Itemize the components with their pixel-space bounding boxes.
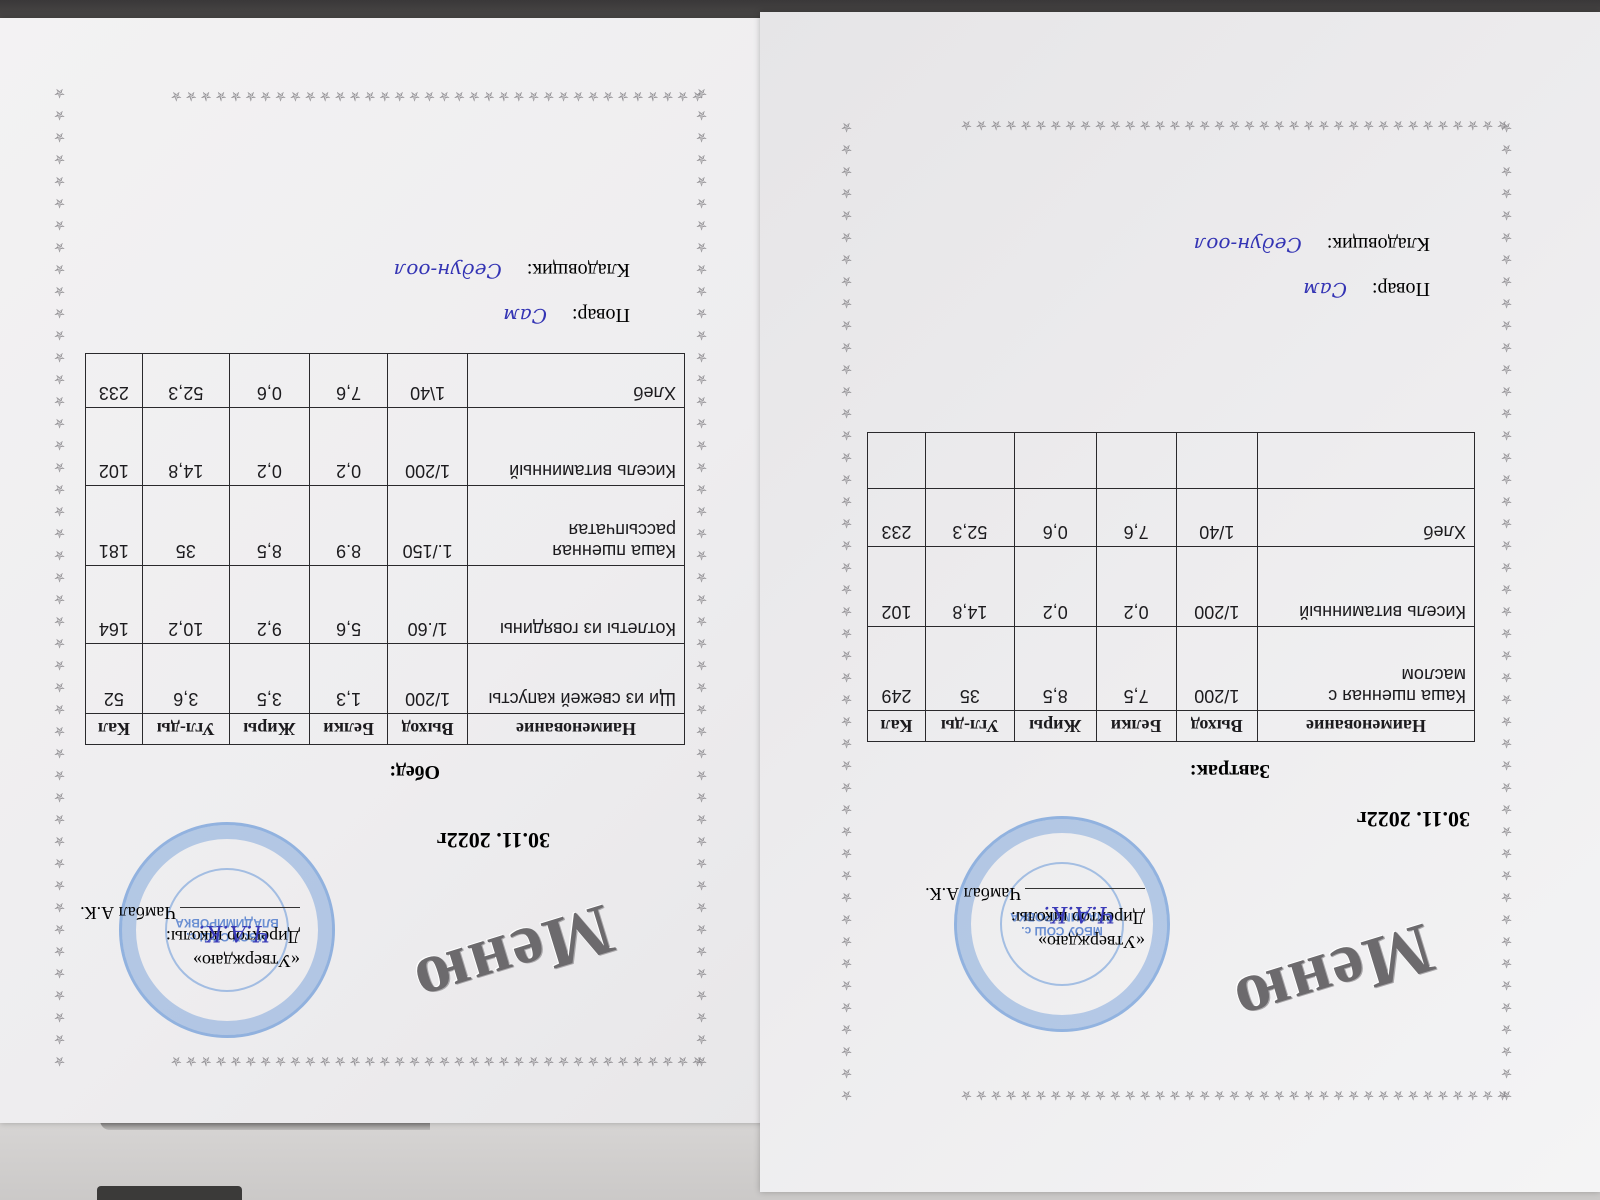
storekeeper-row: Кладовщик: Седун-оол: [394, 248, 630, 293]
col-fat: Жиры: [229, 714, 309, 745]
cook-label: Повар:: [1372, 278, 1430, 300]
approval-name: Чамбал А.К.: [80, 903, 176, 923]
storekeeper-signature: Седун-оол: [1194, 233, 1302, 257]
dish-fat: [1014, 433, 1096, 489]
col-fat: Жиры: [1014, 711, 1096, 742]
star-border-right: ✯✯✯✯✯✯✯✯✯✯✯✯✯✯✯✯✯✯✯✯✯✯✯✯✯✯✯✯✯✯✯✯✯✯✯✯✯✯✯✯…: [52, 88, 65, 1068]
dish-yield: 1/200: [1176, 627, 1257, 711]
dish-name: Кисель витаминный: [468, 408, 685, 486]
dish-kcal: [868, 433, 926, 489]
dish-carbs: 10,2: [142, 566, 229, 644]
star-border-left: ✯✯✯✯✯✯✯✯✯✯✯✯✯✯✯✯✯✯✯✯✯✯✯✯✯✯✯✯✯✯✯✯✯✯✯✯✯✯✯✯…: [1499, 117, 1512, 1102]
approval-name: Чамбал А.К.: [925, 884, 1021, 904]
table-header-row: Наименование Выход Белки Жиры Угл-ды Кал: [868, 711, 1475, 742]
dish-protein: 0,2: [1096, 547, 1176, 627]
table-row: Котлеты из говядины 1/.60 5,6 9,2 10,2 1…: [86, 566, 685, 644]
dish-yield: 1\40: [388, 354, 468, 408]
menu-sheet-lunch: ✯✯✯✯✯✯✯✯✯✯✯✯✯✯✯✯✯✯✯✯✯✯✯✯✯✯✯✯✯✯✯✯✯✯✯✯ ✯✯✯…: [0, 18, 765, 1123]
dish-yield: 1/200: [388, 644, 468, 714]
approval-heading: «Утверждаю»: [80, 949, 300, 973]
dish-kcal: 102: [868, 547, 926, 627]
director-signature: Ч.А.К.: [1043, 901, 1115, 926]
table-row: Каша пшенная с маслом 1/200 7,5 8,5 35 2…: [868, 627, 1475, 711]
cook-row: Повар: Сам: [1194, 267, 1430, 312]
dish-fat: 0,6: [229, 354, 309, 408]
dish-protein: 8.9: [309, 486, 387, 566]
dish-kcal: 249: [868, 627, 926, 711]
star-border-top: ✯✯✯✯✯✯✯✯✯✯✯✯✯✯✯✯✯✯✯✯✯✯✯✯✯✯✯✯✯✯✯✯✯✯✯✯: [53, 1055, 703, 1068]
menu-date: 30.11. 2022г: [1357, 806, 1470, 832]
dish-yield: 1/.60: [388, 566, 468, 644]
meal-label: Завтрак:: [1190, 759, 1270, 782]
storekeeper-row: Кладовщик: Седун-оол: [1194, 222, 1430, 267]
table-row: Кисель витаминный 1/200 0,2 0,2 14,8 102: [86, 408, 685, 486]
dish-fat: 0,2: [1014, 547, 1096, 627]
table-row: Хлеб 1/40 7,6 0,6 52,3 233: [868, 489, 1475, 547]
dish-fat: 8,5: [229, 486, 309, 566]
storekeeper-signature: Седун-оол: [394, 259, 502, 283]
dish-name: Котлеты из говядины: [468, 566, 685, 644]
dish-protein: 7,6: [1096, 489, 1176, 547]
cook-signature: Сам: [503, 304, 547, 328]
dish-kcal: 102: [86, 408, 143, 486]
director-signature: Ч.А.К.: [198, 920, 270, 945]
signatures-block: Повар: Сам Кладовщик: Седун-оол: [1194, 222, 1430, 312]
device-slot: [97, 1186, 242, 1200]
dish-protein: 0,2: [309, 408, 387, 486]
dish-carbs: 3,6: [142, 644, 229, 714]
table-row: [868, 433, 1475, 489]
dish-carbs: 35: [142, 486, 229, 566]
nutrition-table: Наименование Выход Белки Жиры Угл-ды Кал…: [867, 432, 1475, 742]
dish-name: Щи из свежей капусты: [468, 644, 685, 714]
dish-name: Кисель витаминный: [1258, 547, 1475, 627]
star-border-right: ✯✯✯✯✯✯✯✯✯✯✯✯✯✯✯✯✯✯✯✯✯✯✯✯✯✯✯✯✯✯✯✯✯✯✯✯✯✯✯✯…: [839, 117, 852, 1102]
star-border-left: ✯✯✯✯✯✯✯✯✯✯✯✯✯✯✯✯✯✯✯✯✯✯✯✯✯✯✯✯✯✯✯✯✯✯✯✯✯✯✯✯…: [694, 88, 707, 1068]
dish-protein: 5,6: [309, 566, 387, 644]
dish-name: Хлеб: [468, 354, 685, 408]
dish-carbs: 14,8: [925, 547, 1014, 627]
dish-kcal: 181: [86, 486, 143, 566]
signatures-block: Повар: Сам Кладовщик: Седун-оол: [394, 248, 630, 338]
star-border-bottom: ✯✯✯✯✯✯✯✯✯✯✯✯✯✯✯✯✯✯✯✯✯✯✯✯✯✯✯✯✯✯✯✯✯✯✯✯: [53, 90, 703, 103]
cook-row: Повар: Сам: [394, 293, 630, 338]
dish-kcal: 52: [86, 644, 143, 714]
star-border-top: ✯✯✯✯✯✯✯✯✯✯✯✯✯✯✯✯✯✯✯✯✯✯✯✯✯✯✯✯✯✯✯✯✯✯✯✯✯: [838, 1089, 1508, 1102]
col-name: Наименование: [1258, 711, 1475, 742]
col-kcal: Кал: [86, 714, 143, 745]
storekeeper-label: Кладовщик:: [527, 259, 630, 281]
dish-fat: 3,5: [229, 644, 309, 714]
dish-yield: 1/200: [1176, 547, 1257, 627]
dish-name: [1258, 433, 1475, 489]
storekeeper-label: Кладовщик:: [1327, 233, 1430, 255]
dish-carbs: 14,8: [142, 408, 229, 486]
col-carbs: Угл-ды: [925, 711, 1014, 742]
dish-yield: [1176, 433, 1257, 489]
table-row: Щи из свежей капусты 1/200 1,3 3,5 3,6 5…: [86, 644, 685, 714]
dish-protein: 1,3: [309, 644, 387, 714]
dish-carbs: 52,3: [925, 489, 1014, 547]
dish-fat: 0,6: [1014, 489, 1096, 547]
cook-label: Повар:: [572, 304, 630, 326]
dish-protein: 7,5: [1096, 627, 1176, 711]
meal-label: Обед:: [389, 760, 440, 783]
dish-protein: [1096, 433, 1176, 489]
dish-carbs: [925, 433, 1014, 489]
dish-protein: 7,6: [309, 354, 387, 408]
dish-fat: 8,5: [1014, 627, 1096, 711]
table-header-row: Наименование Выход Белки Жиры Угл-ды Кал: [86, 714, 685, 745]
table-row: Хлеб 1\40 7,6 0,6 52,3 233: [86, 354, 685, 408]
col-protein: Белки: [1096, 711, 1176, 742]
table-row: Кисель витаминный 1/200 0,2 0,2 14,8 102: [868, 547, 1475, 627]
star-border-bottom: ✯✯✯✯✯✯✯✯✯✯✯✯✯✯✯✯✯✯✯✯✯✯✯✯✯✯✯✯✯✯✯✯✯✯✯✯✯: [838, 119, 1508, 132]
dish-yield: 1/200: [388, 408, 468, 486]
dish-name: Каша пшенная рассыпчатая: [468, 486, 685, 566]
dish-name: Хлеб: [1258, 489, 1475, 547]
menu-date: 30.11. 2022г: [437, 827, 550, 853]
dish-carbs: 35: [925, 627, 1014, 711]
col-carbs: Угл-ды: [142, 714, 229, 745]
dish-yield: 1./150: [388, 486, 468, 566]
col-yield: Выход: [1176, 711, 1257, 742]
table-row: Каша пшенная рассыпчатая 1./150 8.9 8,5 …: [86, 486, 685, 566]
dish-kcal: 233: [868, 489, 926, 547]
menu-sheet-breakfast: ✯✯✯✯✯✯✯✯✯✯✯✯✯✯✯✯✯✯✯✯✯✯✯✯✯✯✯✯✯✯✯✯✯✯✯✯✯ ✯✯…: [760, 12, 1600, 1192]
cook-signature: Сам: [1303, 278, 1347, 302]
dish-carbs: 52,3: [142, 354, 229, 408]
approval-heading: «Утверждаю»: [925, 930, 1145, 954]
dish-kcal: 233: [86, 354, 143, 408]
col-protein: Белки: [309, 714, 387, 745]
dish-fat: 9,2: [229, 566, 309, 644]
dish-name: Каша пшенная с маслом: [1258, 627, 1475, 711]
nutrition-table: Наименование Выход Белки Жиры Угл-ды Кал…: [85, 353, 685, 745]
dish-kcal: 164: [86, 566, 143, 644]
col-name: Наименование: [468, 714, 685, 745]
dish-yield: 1/40: [1176, 489, 1257, 547]
col-yield: Выход: [388, 714, 468, 745]
dish-fat: 0,2: [229, 408, 309, 486]
col-kcal: Кал: [868, 711, 926, 742]
